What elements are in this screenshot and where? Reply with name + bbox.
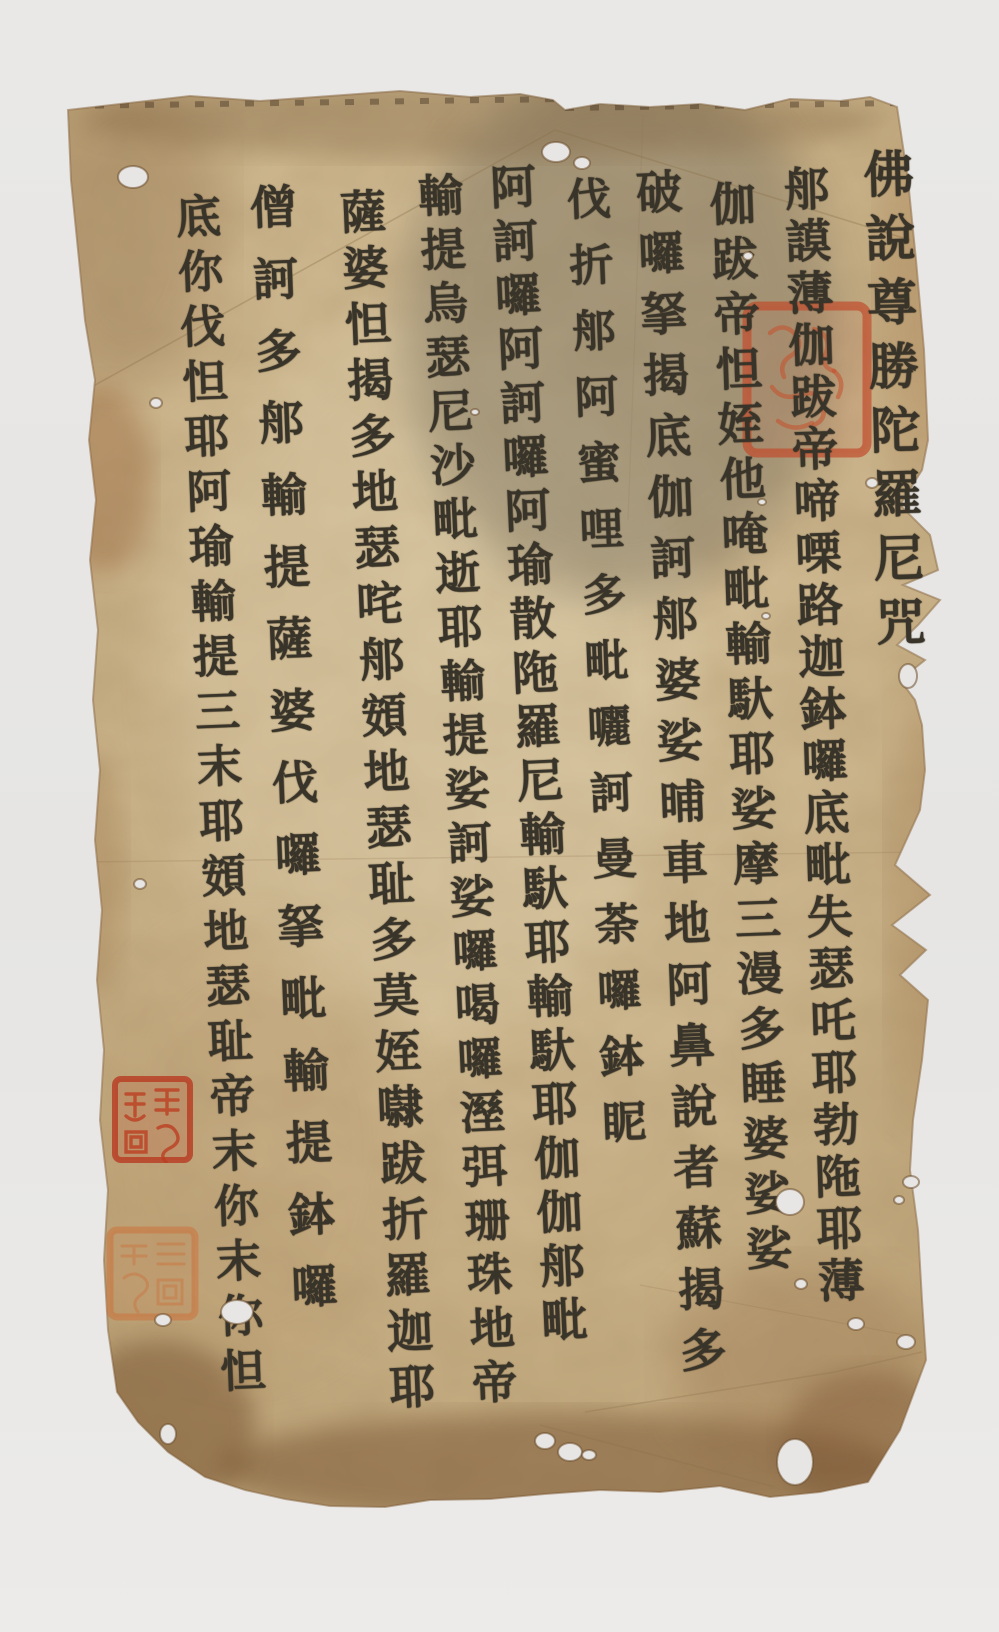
stain	[80, 82, 880, 158]
seal-stamp-middle-left	[112, 1076, 193, 1163]
stain	[55, 385, 151, 575]
stain	[890, 680, 970, 1120]
stain	[65, 750, 125, 990]
seal-stamp-bottom-left	[106, 1226, 199, 1321]
title-column: 佛說尊勝陀羅尼咒	[848, 147, 933, 661]
manuscript-photo: 佛說尊勝陀羅尼咒郍謨薄伽跋帝啼㗚路迦鉢囉底毗失瑟吒耶勃陁耶薄伽跋帝怛姪他唵毗輸馱…	[0, 0, 999, 1632]
